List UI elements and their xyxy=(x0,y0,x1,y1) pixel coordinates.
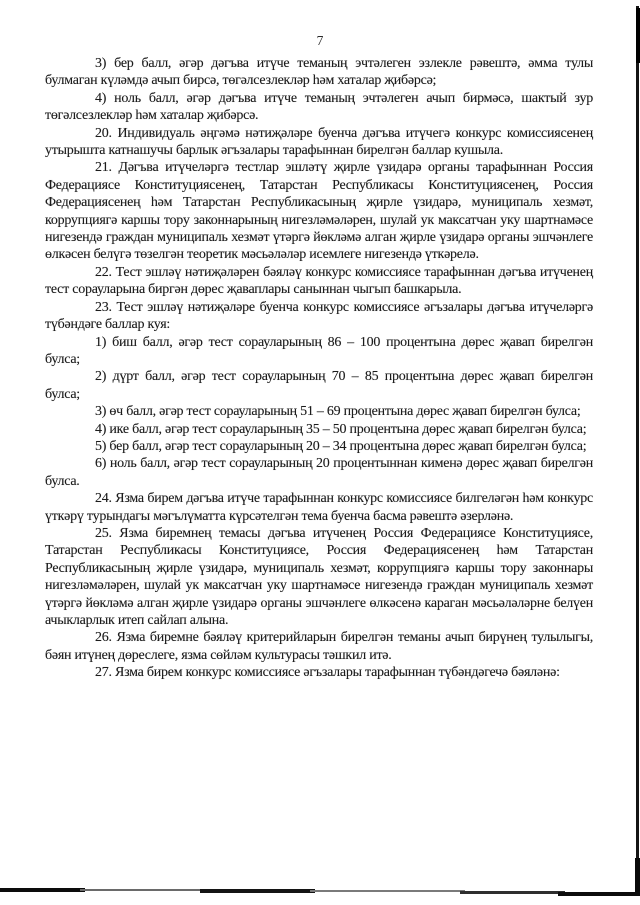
paragraph: 4) ике балл, әгәр тест сорауларының 35 –… xyxy=(45,421,593,438)
page-number: 7 xyxy=(0,33,640,49)
paragraph: 22. Тест эшләү нәтиҗәләрен бәяләү конкур… xyxy=(45,264,593,299)
scan-edge-right-line-top xyxy=(636,8,640,63)
scanned-document-page: 7 3) бер балл, әгәр дәгъва итүче теманың… xyxy=(0,0,640,905)
scan-edge-right-line xyxy=(636,6,639,892)
scan-line-segment xyxy=(558,892,640,896)
paragraph: 23. Тест эшләү нәтиҗәләре буенча конкурс… xyxy=(45,299,593,334)
scan-line-segment xyxy=(200,889,315,893)
paragraph: 26. Язма биремне бәяләү критерийларын би… xyxy=(45,629,593,664)
paragraph: 24. Язма бирем дәгъва итүче тарафыннан к… xyxy=(45,490,593,525)
scan-line-segment xyxy=(0,888,85,892)
paragraph: 2) дүрт балл, әгәр тест сорауларының 70 … xyxy=(45,368,593,403)
paragraph: 6) ноль балл, әгәр тест сорауларының 20 … xyxy=(45,455,593,490)
paragraph: 5) бер балл, әгәр тест сорауларының 20 –… xyxy=(45,438,593,455)
scan-line-segment xyxy=(460,891,565,894)
paragraph: 21. Дәгъва итүчеләргә тестлар эшләтү җир… xyxy=(45,159,593,263)
paragraph: 27. Язма бирем конкурс комиссиясе әгъзал… xyxy=(45,664,593,681)
paragraph: 25. Язма биремнең темасы дәгъва итүченең… xyxy=(45,525,593,629)
paragraph: 3) бер балл, әгәр дәгъва итүче теманың э… xyxy=(45,55,593,90)
scan-line-segment xyxy=(310,890,465,892)
paragraph: 3) өч балл, әгәр тест сорауларының 51 – … xyxy=(45,403,593,420)
paragraph: 20. Индивидуаль әңгәмә нәтиҗәләре буенча… xyxy=(45,125,593,160)
scan-edge-bottom-line xyxy=(0,887,640,899)
document-body: 3) бер балл, әгәр дәгъва итүче теманың э… xyxy=(45,55,593,682)
scan-line-segment xyxy=(80,889,205,891)
paragraph: 4) ноль балл, әгәр дәгъва итүче теманың … xyxy=(45,90,593,125)
paragraph: 1) биш балл, әгәр тест сорауларының 86 –… xyxy=(45,334,593,369)
